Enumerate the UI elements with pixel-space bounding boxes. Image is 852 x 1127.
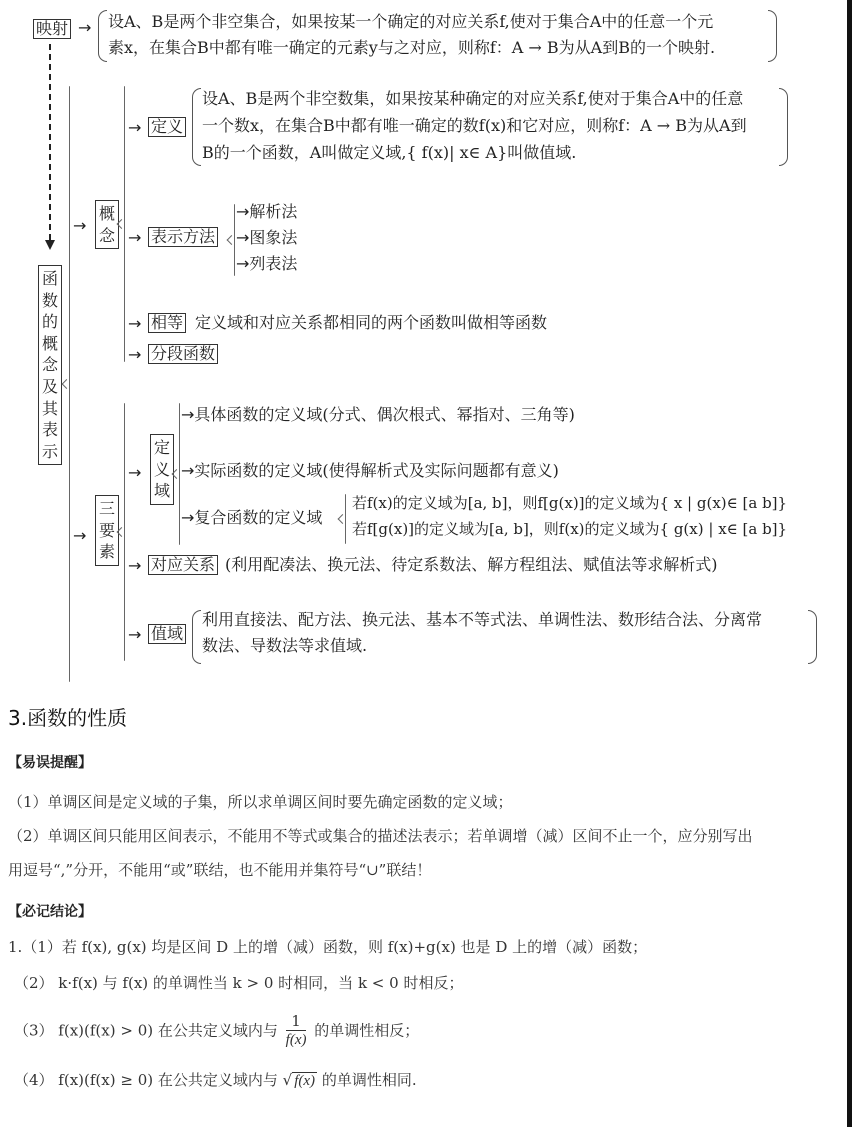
range-line2: 数法、导数法等求值域. — [202, 638, 367, 654]
arrow-icon: → — [78, 20, 91, 36]
right-paren — [768, 10, 777, 62]
method-table: →列表法 — [236, 256, 297, 272]
definition-line3: B的一个函数，A叫做定义域,{ f(x)| x∈ A}叫做值域. — [202, 145, 576, 161]
warning-2: （2）单调区间只能用区间表示，不能用不等式或集合的描述法表示；若单调增（减）区间… — [8, 829, 753, 844]
warning-tag: 【易误提醒】 — [8, 756, 92, 770]
arrow-down-icon — [45, 240, 55, 250]
range-label: 值域 — [148, 624, 186, 644]
three-elements-brace — [124, 403, 125, 661]
three-elements-label: 三 要 素 — [95, 495, 119, 566]
composite-brace — [345, 494, 346, 544]
conclusion-2: （2） k·f(x) 与 f(x) 的单调性当 k > 0 时相同，当 k < … — [14, 976, 463, 991]
method-analytic: →解析法 — [236, 204, 297, 220]
composite-rule-2: 若f[g(x)]的定义域为[a, b]，则f(x)的定义域为{ g(x) | x… — [352, 522, 787, 537]
concept-brace — [124, 86, 125, 362]
representation-brace — [234, 204, 235, 276]
arrow-icon: → — [73, 218, 86, 234]
mapping-line1: 设A、B是两个非空集合，如果按某一个确定的对应关系f,使对于集合A中的任意一个元 — [108, 14, 713, 30]
mapping-label: 映射 — [33, 19, 71, 39]
section-title: 3.函数的性质 — [8, 708, 127, 728]
domain-practical: →实际函数的定义域(使得解析式及实际问题都有意义) — [181, 463, 559, 479]
arrow-icon: → — [128, 316, 141, 332]
left-paren — [98, 10, 107, 62]
left-paren — [192, 88, 201, 166]
composite-rule-1: 若f(x)的定义域为[a, b]，则f[g(x)]的定义域为{ x | g(x)… — [352, 496, 787, 511]
mapping-line2: 素x，在集合B中都有唯一确定的元素y与之对应，则称f：A → B为从A到B的一个… — [108, 40, 715, 56]
arrow-icon: → — [128, 230, 141, 246]
right-paren — [808, 610, 817, 664]
arrow-icon: → — [128, 347, 141, 363]
method-graph: →图象法 — [236, 230, 297, 246]
arrow-icon: → — [128, 465, 141, 481]
definition-label: 定义 — [148, 117, 186, 137]
concept-label: 概 念 — [95, 200, 119, 249]
domain-composite: →复合函数的定义域 — [181, 510, 322, 526]
domain-brace — [179, 403, 180, 545]
dashed-connector — [49, 44, 51, 240]
representation-label: 表示方法 — [148, 227, 218, 247]
main-brace — [69, 86, 70, 682]
arrow-icon: → — [128, 120, 141, 136]
root-label: 函 数 的 概 念 及 其 表 示 — [38, 265, 62, 465]
arrow-icon: → — [128, 558, 141, 574]
range-line1: 利用直接法、配方法、换元法、基本不等式法、单调性法、数形结合法、分离常 — [202, 612, 762, 628]
sqrt-symbol: √ — [283, 1071, 293, 1089]
conclusion-3: （3） f(x)(f(x) > 0) 在公共定义域内与 1 f(x) 的单调性相… — [14, 1012, 419, 1051]
left-paren — [192, 610, 201, 664]
arrow-icon: → — [73, 528, 86, 544]
page-edge-strip — [847, 0, 852, 1127]
conclusion-1: 1.（1）若 f(x), g(x) 均是区间 D 上的增（减）函数，则 f(x)… — [8, 940, 647, 955]
warning-3: 用逗号“,”分开，不能用“或”联结，也不能用并集符号“∪”联结！ — [8, 863, 431, 878]
conclusion-tag: 【必记结论】 — [8, 905, 92, 919]
equal-label: 相等 — [148, 313, 186, 333]
conclusion-4: （4） f(x)(f(x) ≥ 0) 在公共定义域内与 √f(x) 的单调性相同… — [14, 1073, 417, 1089]
domain-label: 定 义 域 — [150, 434, 174, 505]
definition-line1: 设A、B是两个非空数集，如果按某种确定的对应关系f,使对于集合A中的任意 — [202, 91, 743, 107]
definition-line2: 一个数x，在集合B中都有唯一确定的数f(x)和它对应，则称f：A → B为从A到 — [202, 118, 747, 134]
correspondence-text: (利用配凑法、换元法、待定系数法、解方程组法、赋值法等求解析式) — [225, 557, 718, 573]
arrow-icon: → — [128, 627, 141, 643]
right-paren — [779, 88, 788, 166]
domain-concrete: →具体函数的定义域(分式、偶次根式、幂指对、三角等) — [181, 407, 575, 423]
piecewise-label: 分段函数 — [148, 344, 218, 364]
fraction: 1 f(x) — [286, 1012, 307, 1051]
correspondence-label: 对应关系 — [148, 555, 218, 575]
equal-text: 定义域和对应关系都相同的两个函数叫做相等函数 — [195, 315, 547, 331]
warning-1: （1）单调区间是定义域的子集，所以求单调区间时要先确定函数的定义域； — [8, 795, 513, 810]
